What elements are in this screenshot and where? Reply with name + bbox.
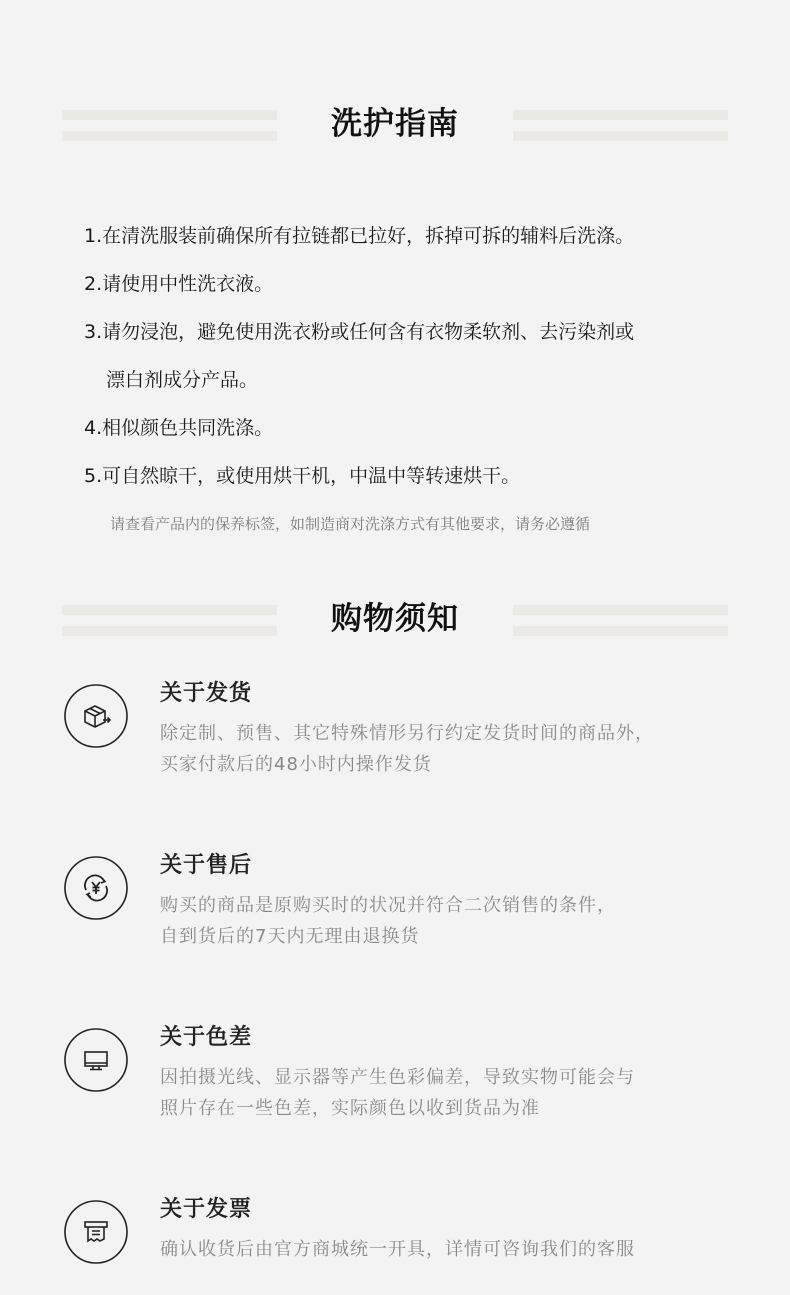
care-item-number: 1. xyxy=(84,225,102,247)
notice-line: 买家付款后的48小时内操作发货 xyxy=(160,749,654,780)
care-item: 5.可自然晾干，或使用烘干机，中温中等转速烘干。 xyxy=(84,452,764,500)
notice-line: 照片存在一些色差，实际颜色以收到货品为准 xyxy=(160,1093,635,1124)
notice-line: 自到货后的7天内无理由退换货 xyxy=(160,921,616,952)
care-item: 3.请勿浸泡，避免使用洗衣粉或任何含有衣物柔软剂、去污染剂或 漂白剂成分产品。 xyxy=(84,308,764,404)
care-guide-header: 洗护指南 xyxy=(0,110,790,150)
divider-bar xyxy=(513,605,728,615)
notice-line: 因拍摄光线、显示器等产生色彩偏差，导致实物可能会与 xyxy=(160,1062,635,1093)
care-item-number: 4. xyxy=(84,417,102,439)
care-instructions-list: 1.在清洗服装前确保所有拉链都已拉好，拆掉可拆的辅料后洗涤。 2.请使用中性洗衣… xyxy=(84,212,764,500)
notice-description: 购买的商品是原购买时的状况并符合二次销售的条件， 自到货后的7天内无理由退换货 xyxy=(160,890,616,952)
divider-bar xyxy=(513,131,728,141)
notice-line: 购买的商品是原购买时的状况并符合二次销售的条件， xyxy=(160,890,616,921)
care-item: 1.在清洗服装前确保所有拉链都已拉好，拆掉可拆的辅料后洗涤。 xyxy=(84,212,764,260)
notice-line: 除定制、预售、其它特殊情形另行约定发货时间的商品外， xyxy=(160,718,654,749)
notice-title: 关于售后 xyxy=(160,848,252,879)
care-item-number: 3. xyxy=(84,321,102,343)
care-item-number: 2. xyxy=(84,273,102,295)
package-shipping-icon xyxy=(64,684,128,748)
care-label-note: 请查看产品内的保养标签，如制造商对洗涤方式有其他要求，请务必遵循 xyxy=(110,513,590,534)
notice-description: 除定制、预售、其它特殊情形另行约定发货时间的商品外， 买家付款后的48小时内操作… xyxy=(160,718,654,780)
monitor-icon xyxy=(64,1028,128,1092)
notice-title: 关于色差 xyxy=(160,1020,252,1051)
notice-line: 确认收货后由官方商城统一开具，详情可咨询我们的客服 xyxy=(160,1234,635,1265)
notice-description: 因拍摄光线、显示器等产生色彩偏差，导致实物可能会与 照片存在一些色差，实际颜色以… xyxy=(160,1062,635,1124)
care-item-number: 5. xyxy=(84,465,102,487)
care-item-text: 请勿浸泡，避免使用洗衣粉或任何含有衣物柔软剂、去污染剂或 xyxy=(102,321,634,343)
care-item-text: 可自然晾干，或使用烘干机，中温中等转速烘干。 xyxy=(102,465,520,487)
notice-title: 关于发货 xyxy=(160,676,252,707)
care-item-text: 在清洗服装前确保所有拉链都已拉好，拆掉可拆的辅料后洗涤。 xyxy=(102,225,634,247)
invoice-receipt-icon xyxy=(64,1200,128,1264)
care-item: 2.请使用中性洗衣液。 xyxy=(84,260,764,308)
yuan-refund-icon xyxy=(64,856,128,920)
care-item-continuation: 漂白剂成分产品。 xyxy=(84,356,764,404)
notice-description: 确认收货后由官方商城统一开具，详情可咨询我们的客服 xyxy=(160,1234,635,1265)
care-item: 4.相似颜色共同洗涤。 xyxy=(84,404,764,452)
divider-bar xyxy=(513,626,728,636)
notice-title: 关于发票 xyxy=(160,1192,252,1223)
shopping-notice-header: 购物须知 xyxy=(0,605,790,645)
care-item-text: 请使用中性洗衣液。 xyxy=(102,273,273,295)
care-item-text: 相似颜色共同洗涤。 xyxy=(102,417,273,439)
divider-bar xyxy=(513,110,728,120)
